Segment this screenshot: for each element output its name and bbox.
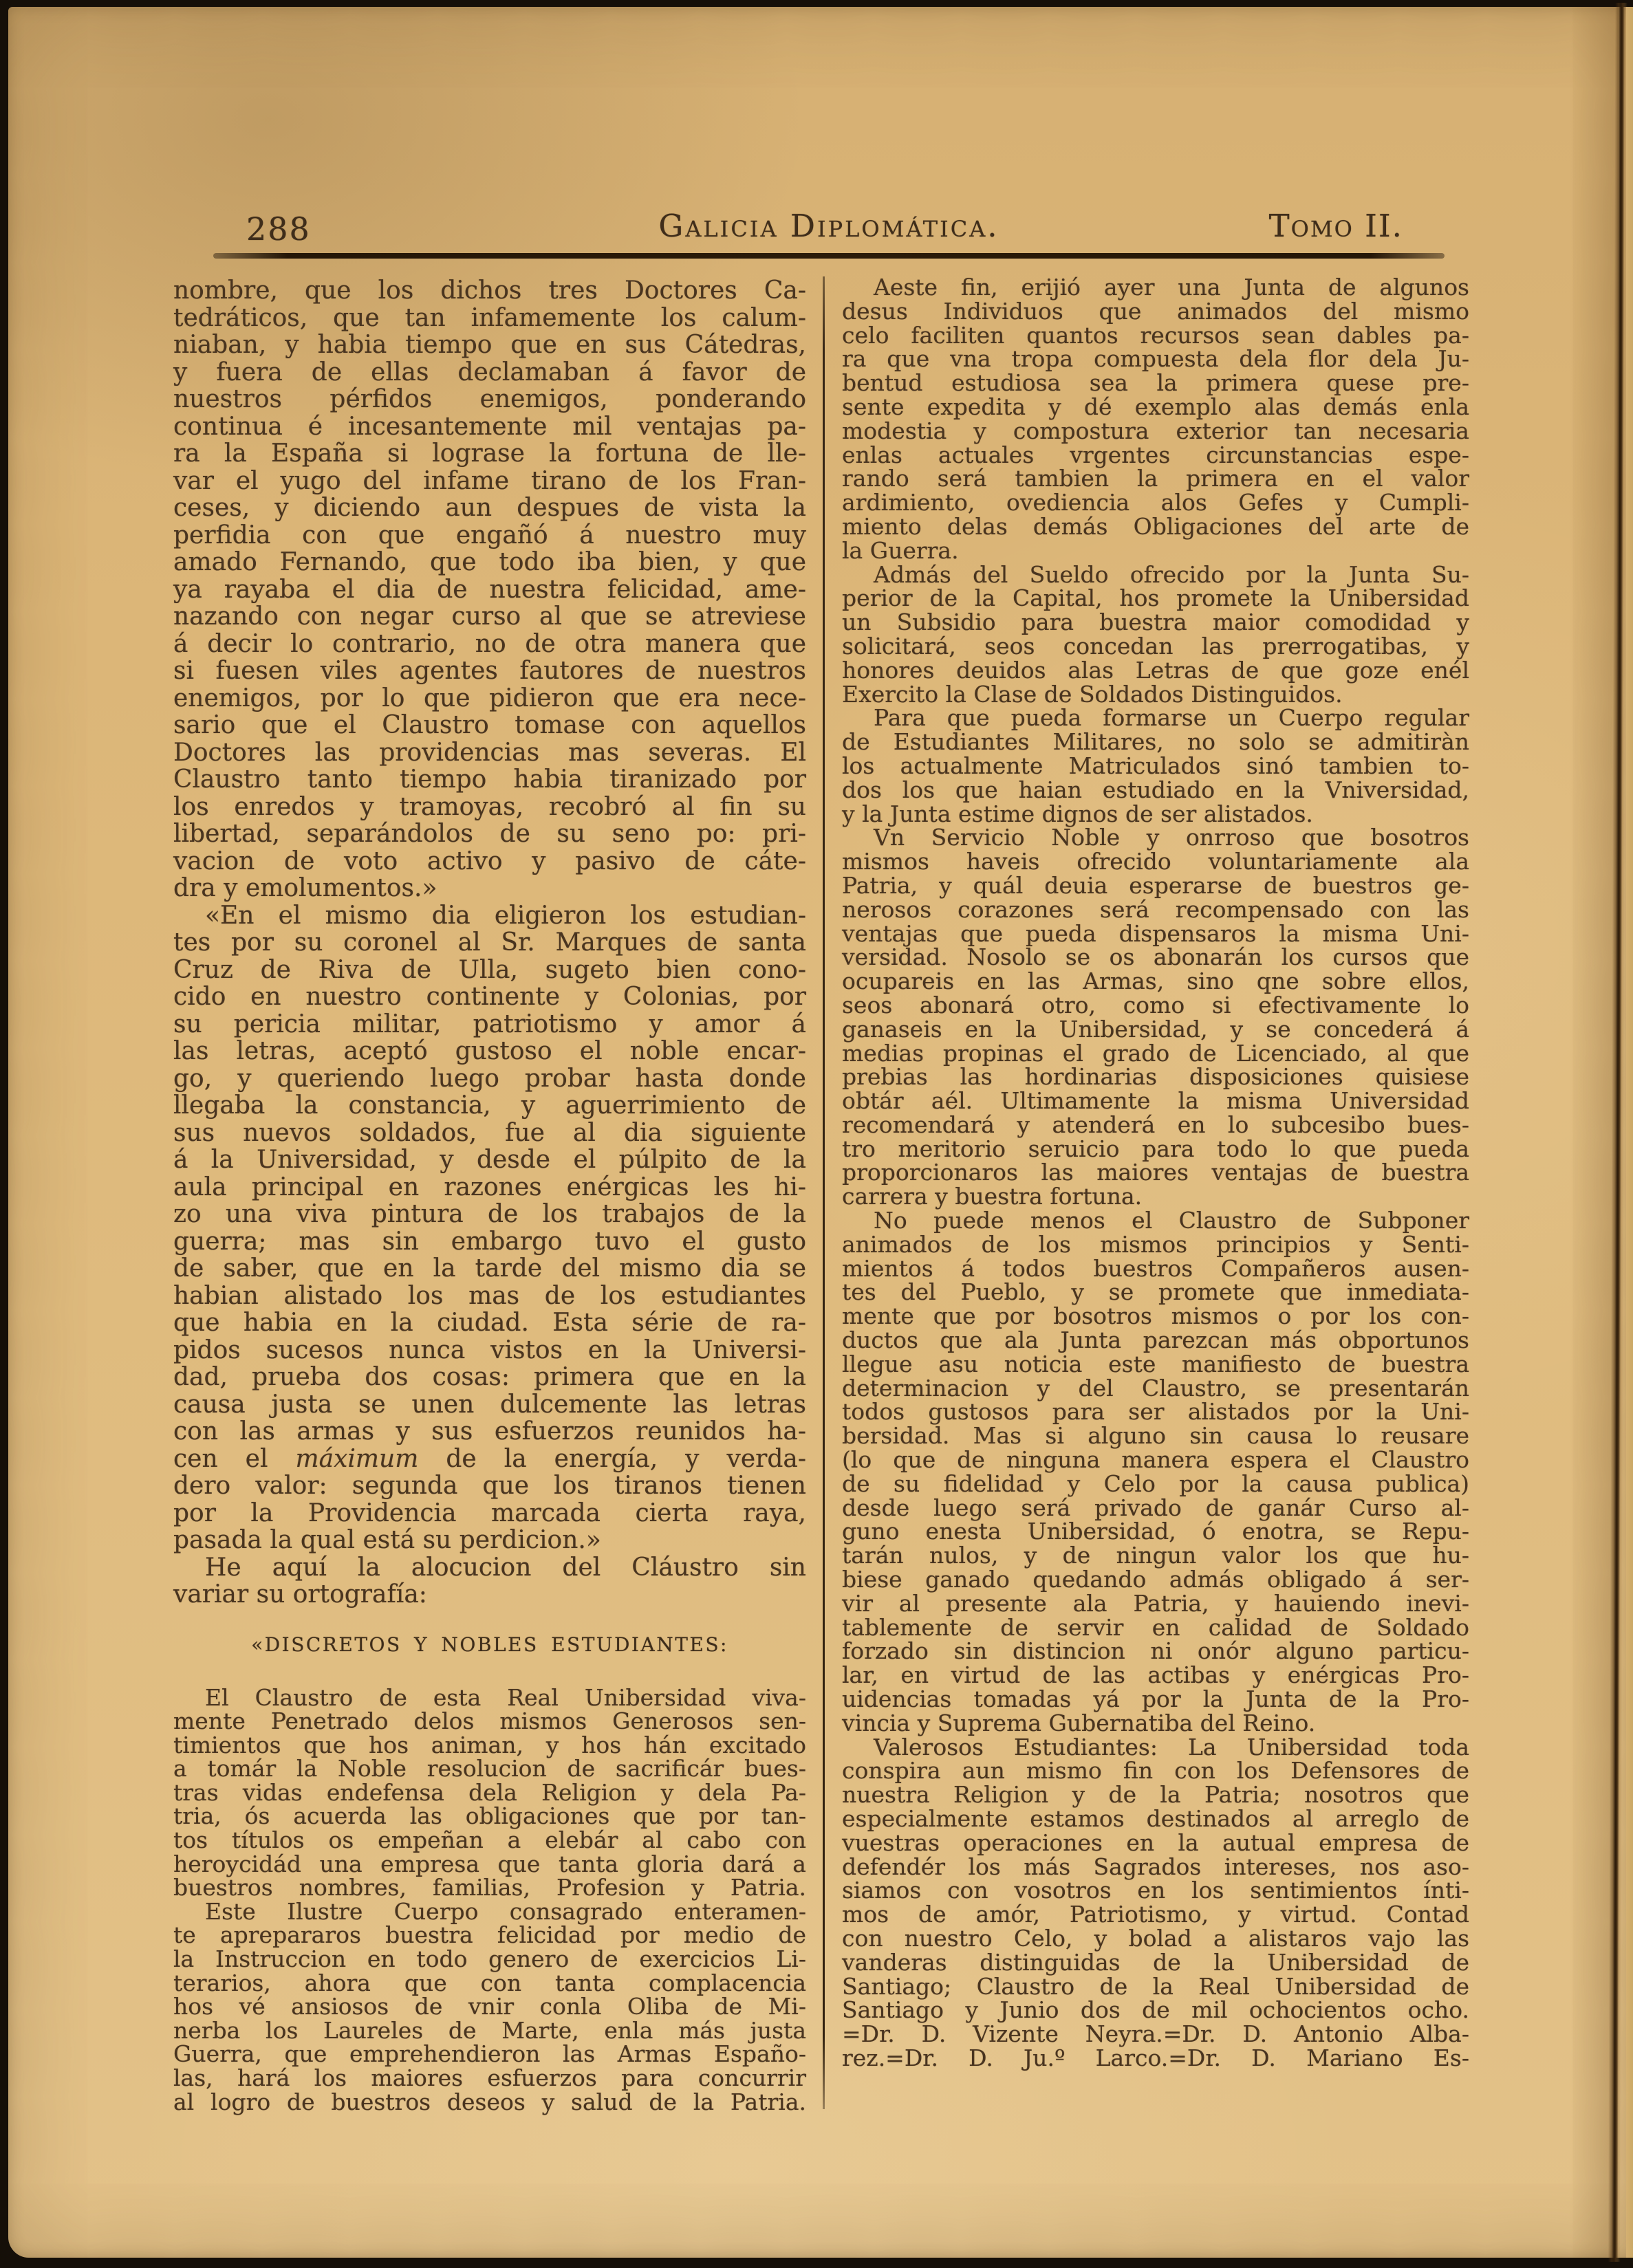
text-line: al logro de buestros deseos y salud de l…	[173, 2091, 806, 2115]
paragraph: Aeste fin, erijió ayer una Junta de algu…	[842, 276, 1469, 563]
text-line: carrera y buestra fortuna.	[842, 1185, 1469, 1209]
text-line: su pericia militar, patriotismo y amor á	[173, 1011, 806, 1038]
text-line: Claustro tanto tiempo habia tiranizado p…	[173, 766, 806, 794]
text-line: las letras, aceptó gustoso el noble enca…	[173, 1038, 806, 1065]
text-line: mos de amór, Patriotismo, y virtud. Cont…	[842, 1903, 1469, 1927]
text-line: seos abonará otro, como si efectivamente…	[842, 994, 1469, 1018]
text-line: Doctores las providencias mas severas. E…	[173, 739, 806, 767]
text-line: proporcionaros las maiores ventajas de b…	[842, 1161, 1469, 1185]
text-line: Exercito la Clase de Soldados Distinguid…	[842, 683, 1469, 707]
text-line: nuestros pérfidos enemigos, ponderando	[173, 386, 806, 413]
text-line: mente que por bosotros mismos o por los …	[842, 1305, 1469, 1329]
text-line: heroycidád una empresa que tanta gloria …	[173, 1853, 806, 1877]
text-line: Para que pueda formarse un Cuerpo regula…	[842, 706, 1469, 730]
scanned-book-page: { "colors": { "paper": "#dfbb7e", "ink":…	[0, 0, 1633, 2268]
text-line: animados de los mismos principios y Sent…	[842, 1233, 1469, 1257]
text-line: un Subsidio para buestra maior comodidad…	[842, 611, 1469, 635]
text-line: conspira aun mismo fin con los Defensore…	[842, 1759, 1469, 1783]
text-line: tria, ós acuerda las obligaciones que po…	[173, 1804, 806, 1829]
text-line: tras vidas endefensa dela Religion y del…	[173, 1781, 806, 1805]
text-line: Patria, y quál deuia esperarse de buestr…	[842, 874, 1469, 898]
text-line: la Instruccion en todo genero de exercic…	[173, 1948, 806, 1972]
text-line: cido en nuestro continente y Colonias, p…	[173, 983, 806, 1011]
text-line: á decir lo contrario, no de otra manera …	[173, 631, 806, 658]
text-line: timientos que hos animan, y hos hán exci…	[173, 1734, 806, 1758]
text-line: libertad, separándolos de su seno po: pr…	[173, 820, 806, 848]
text-line: honores deuidos alas Letras de que goze …	[842, 659, 1469, 683]
text-line: ocupareis en las Armas, sino qne sobre e…	[842, 970, 1469, 994]
text-line: zo una viva pintura de los trabajos de l…	[173, 1201, 806, 1228]
text-line: llegaba la constancia, y aguerrimiento d…	[173, 1092, 806, 1120]
text-line: sente expedita y dé exemplo alas demás e…	[842, 395, 1469, 419]
text-line: continua é incesantemente mil ventajas p…	[173, 413, 806, 441]
text-line: obtár aél. Ultimamente la misma Universi…	[842, 1089, 1469, 1113]
text-line: sario que el Claustro tomase con aquello…	[173, 712, 806, 739]
text-line: ra que vna tropa compuesta dela flor del…	[842, 347, 1469, 371]
text-line: defendér los más Sagrados intereses, nos…	[842, 1855, 1469, 1879]
column-divider-rule	[823, 276, 825, 2109]
text-line: vuestras operaciones en la autual empres…	[842, 1831, 1469, 1855]
text-line: Vn Servicio Noble y onrroso que bosotros	[842, 826, 1469, 850]
text-line: Santiago y Junio dos de mil ochocientos …	[842, 1998, 1469, 2022]
text-line: ganaseis en la Unibersidad, y se concede…	[842, 1018, 1469, 1042]
text-line: terarios, ahora que con tanta complacenc…	[173, 1972, 806, 1996]
volume-label: Tomo II.	[1269, 208, 1403, 244]
paragraph: No puede menos el Claustro de Subponeran…	[842, 1209, 1469, 1736]
text-line: celo faciliten quantos recursos sean dab…	[842, 324, 1469, 348]
text-line: cen el máximum de la energía, y verda-	[173, 1446, 806, 1473]
masthead: 288 Galicia Diplomática. Tomo II.	[215, 206, 1443, 254]
text-line: ventajas que pueda dispensaros la misma …	[842, 922, 1469, 946]
text-line: solicitará, seos concedan las prerrogati…	[842, 635, 1469, 659]
text-line: mientos á todos buestros Compañeros ause…	[842, 1257, 1469, 1281]
page-edge-strip	[1626, 7, 1633, 2258]
text-line: sus nuevos soldados, fue al dia siguient…	[173, 1120, 806, 1147]
paragraph: Para que pueda formarse un Cuerpo regula…	[842, 706, 1469, 826]
text-line: ardimiento, ovediencia alos Gefes y Cump…	[842, 491, 1469, 515]
text-line: Valerosos Estudiantes: La Unibersidad to…	[842, 1736, 1469, 1760]
text-line: niaban, y habia tiempo que en sus Cátedr…	[173, 331, 806, 359]
text-line: variar su ortografía:	[173, 1581, 806, 1609]
text-line: No puede menos el Claustro de Subponer	[842, 1209, 1469, 1233]
text-line: rez.=Dr. D. Ju.º Larco.=Dr. D. Mariano E…	[842, 2047, 1469, 2071]
text-line: tarán nulos, y de ningun valor los que h…	[842, 1544, 1469, 1568]
text-line: amado Fernando, que todo iba bien, y que	[173, 549, 806, 576]
paragraph: Vn Servicio Noble y onrroso que bosotros…	[842, 826, 1469, 1209]
text-line: vacion de voto activo y pasivo de cáte-	[173, 848, 806, 875]
text-line: nuestra Religion y de la Patria; nosotro…	[842, 1783, 1469, 1807]
journal-title: Galicia Diplomática.	[215, 208, 1443, 244]
paragraph: Admás del Sueldo ofrecido por la Junta S…	[842, 563, 1469, 707]
text-line: aula principal en razones enérgicas les …	[173, 1174, 806, 1201]
text-line: y la Junta estime dignos de ser alistado…	[842, 803, 1469, 827]
paragraph: nombre, que los dichos tres Doctores Ca-…	[173, 277, 806, 902]
text-line: siamos con vosotros en los sentimientos …	[842, 1879, 1469, 1903]
text-line: pidos sucesos nunca vistos en la Univers…	[173, 1337, 806, 1364]
text-line: El Claustro de esta Real Unibersidad viv…	[173, 1686, 806, 1710]
text-line: y fuera de ellas declamaban á favor de	[173, 359, 806, 386]
text-line: guerra; mas sin embargo tuvo el gusto	[173, 1228, 806, 1256]
text-line: guno enesta Unibersidad, ó enotra, se Re…	[842, 1520, 1469, 1544]
text-line: con nuestro Celo, y bolad a alistaros va…	[842, 1927, 1469, 1951]
text-line: uidencias tomadas yá por la Junta de la …	[842, 1688, 1469, 1712]
text-line: tedráticos, que tan infamemente los calu…	[173, 305, 806, 332]
text-line: los actualmente Matriculados sinó tambie…	[842, 754, 1469, 778]
text-line: ductos que ala Junta parezcan más obport…	[842, 1329, 1469, 1353]
text-line: tro meritorio seruicio para todo lo que …	[842, 1137, 1469, 1162]
text-line: con las armas y sus esfuerzos reunidos h…	[173, 1418, 806, 1446]
text-line: dad, prueba dos cosas: primera que en la	[173, 1364, 806, 1391]
left-column: nombre, que los dichos tres Doctores Ca-…	[173, 277, 806, 2114]
text-line: recomendará y atenderá en lo subcesibo b…	[842, 1113, 1469, 1137]
letter-salutation-heading: «DISCRETOS Y NOBLES ESTUDIANTES:	[173, 1633, 806, 1656]
text-line: llegue asu noticia este manifiesto de bu…	[842, 1353, 1469, 1377]
text-line: vincia y Suprema Gubernatiba del Reino.	[842, 1712, 1469, 1736]
text-line: hos vé ansiosos de vnir conla Oliba de M…	[173, 1995, 806, 2019]
text-line: tos títulos os empeñan a elebár al cabo …	[173, 1829, 806, 1853]
text-line: (lo que de ninguna manera espera el Clau…	[842, 1448, 1469, 1472]
text-line: buestros nombres, familias, Profesion y …	[173, 1876, 806, 1900]
text-line: forzado sin distincion ni onór alguno pa…	[842, 1639, 1469, 1664]
text-line: Aeste fin, erijió ayer una Junta de algu…	[842, 276, 1469, 300]
text-line: causa justa se unen dulcemente las letra…	[173, 1391, 806, 1419]
text-line: vanderas distinguidas de la Unibersidad …	[842, 1951, 1469, 1975]
text-line: Santiago; Claustro de la Real Unibersida…	[842, 1975, 1469, 1999]
text-line: si fuesen viles agentes fautores de nues…	[173, 657, 806, 685]
text-line: modestia y compostura exterior tan neces…	[842, 419, 1469, 444]
text-line: Guerra, que emprehendieron las Armas Esp…	[173, 2042, 806, 2067]
text-line: versidad. Nosolo se os abonarán los curs…	[842, 946, 1469, 970]
text-line: «En el mismo dia eligieron los estudian-	[173, 902, 806, 930]
text-line: He aquí la alocucion del Cláustro sin	[173, 1554, 806, 1582]
text-line: nerba los Laureles de Marte, enla más ju…	[173, 2019, 806, 2043]
text-line: medias propinas el grado de Licenciado, …	[842, 1042, 1469, 1066]
right-column: Aeste fin, erijió ayer una Junta de algu…	[842, 276, 1469, 2071]
text-line: dero valor: segunda que los tiranos tien…	[173, 1472, 806, 1500]
text-line: dra y emolumentos.»	[173, 875, 806, 902]
text-line: tes del Pueblo, y se promete que inmedia…	[842, 1280, 1469, 1305]
text-line: Admás del Sueldo ofrecido por la Junta S…	[842, 563, 1469, 587]
text-line: las, hará los maiores esfuerzos para con…	[173, 2067, 806, 2091]
text-line: bentud estudiosa sea la primera quese pr…	[842, 371, 1469, 395]
paragraph: «En el mismo dia eligieron los estudian-…	[173, 902, 806, 1554]
paragraph: Valerosos Estudiantes: La Unibersidad to…	[842, 1736, 1469, 2071]
text-line: nazando con negar curso al que se atrevi…	[173, 603, 806, 631]
text-line: perfidia con que engañó á nuestro muy	[173, 522, 806, 549]
text-line: go, y queriendo luego probar hasta donde	[173, 1065, 806, 1093]
paper-page: 288 Galicia Diplomática. Tomo II. nombre…	[8, 7, 1633, 2258]
text-line: desus Individuos que animados del mismo	[842, 300, 1469, 324]
text-line: var el yugo del infame tirano de los Fra…	[173, 468, 806, 495]
text-line: lar, en virtud de las actibas y enérgica…	[842, 1664, 1469, 1688]
text-line: á la Universidad, y desde el púlpito de …	[173, 1146, 806, 1174]
text-line: a tomár la Noble resolucion de sacrificá…	[173, 1757, 806, 1781]
text-line: de Estudiantes Militares, no solo se adm…	[842, 730, 1469, 754]
text-line: nerosos corazones será recompensado con …	[842, 898, 1469, 922]
text-line: =Dr. D. Vizente Neyra.=Dr. D. Antonio Al…	[842, 2022, 1469, 2047]
text-line: te aprepararos buestra felicidad por med…	[173, 1923, 806, 1948]
text-line: ceses, y diciendo aun despues de vista l…	[173, 494, 806, 522]
text-line: dos los que haian estudiado en la Vniver…	[842, 778, 1469, 803]
text-line: bersidad. Mas si alguno sin causa lo reu…	[842, 1424, 1469, 1448]
text-line: de saber, que en la tarde del mismo dia …	[173, 1255, 806, 1283]
text-line: de su fidelidad y Celo por la causa publ…	[842, 1472, 1469, 1496]
text-line: Cruz de Riva de Ulla, sugeto bien cono-	[173, 957, 806, 984]
text-line: nombre, que los dichos tres Doctores Ca-	[173, 277, 806, 305]
paragraph: El Claustro de esta Real Unibersidad viv…	[173, 1686, 806, 1900]
text-line: ra la España si lograse la fortuna de ll…	[173, 440, 806, 468]
text-line: Este Ilustre Cuerpo consagrado enteramen…	[173, 1900, 806, 1924]
text-line: mente Penetrado delos mismos Generosos s…	[173, 1710, 806, 1734]
masthead-rule	[213, 253, 1445, 259]
text-line: enemigos, por lo que pidieron que era ne…	[173, 685, 806, 712]
text-line: que habia en la ciudad. Esta série de ra…	[173, 1309, 806, 1337]
text-line: tablemente de servir en calidad de Solda…	[842, 1616, 1469, 1640]
text-line: enlas actuales vrgentes circunstancias e…	[842, 444, 1469, 468]
text-line: todos gustosos para ser alistados por la…	[842, 1400, 1469, 1424]
text-line: desde luego será privado de ganár Curso …	[842, 1496, 1469, 1520]
text-line: rando será tambien la primera en el valo…	[842, 467, 1469, 491]
text-line: prebias las hordinarias disposiciones qu…	[842, 1065, 1469, 1089]
text-line: miento delas demás Obligaciones del arte…	[842, 515, 1469, 539]
text-line: biese ganado quedando admás obligado á s…	[842, 1568, 1469, 1592]
text-line: ya rayaba el dia de nuestra felicidad, a…	[173, 576, 806, 604]
text-line: determinacion y del Claustro, se present…	[842, 1377, 1469, 1401]
paragraph: Este Ilustre Cuerpo consagrado enteramen…	[173, 1900, 806, 2114]
text-line: pasada la qual está su perdicion.»	[173, 1527, 806, 1554]
text-line: vir al presente ala Patria, y hauiendo i…	[842, 1592, 1469, 1616]
text-line: la Guerra.	[842, 539, 1469, 563]
text-line: por la Providencia marcada cierta raya,	[173, 1500, 806, 1527]
text-line: perior de la Capital, hos promete la Uni…	[842, 587, 1469, 611]
text-line: habian alistado los mas de los estudiant…	[173, 1283, 806, 1310]
paragraph: He aquí la alocucion del Cláustro sinvar…	[173, 1554, 806, 1609]
text-line: mismos haveis ofrecido voluntariamente a…	[842, 850, 1469, 874]
text-line: tes por su coronel al Sr. Marques de san…	[173, 929, 806, 957]
text-line: especialmente estamos destinados al arre…	[842, 1807, 1469, 1831]
text-line: los enredos y tramoyas, recobró al fin s…	[173, 794, 806, 821]
